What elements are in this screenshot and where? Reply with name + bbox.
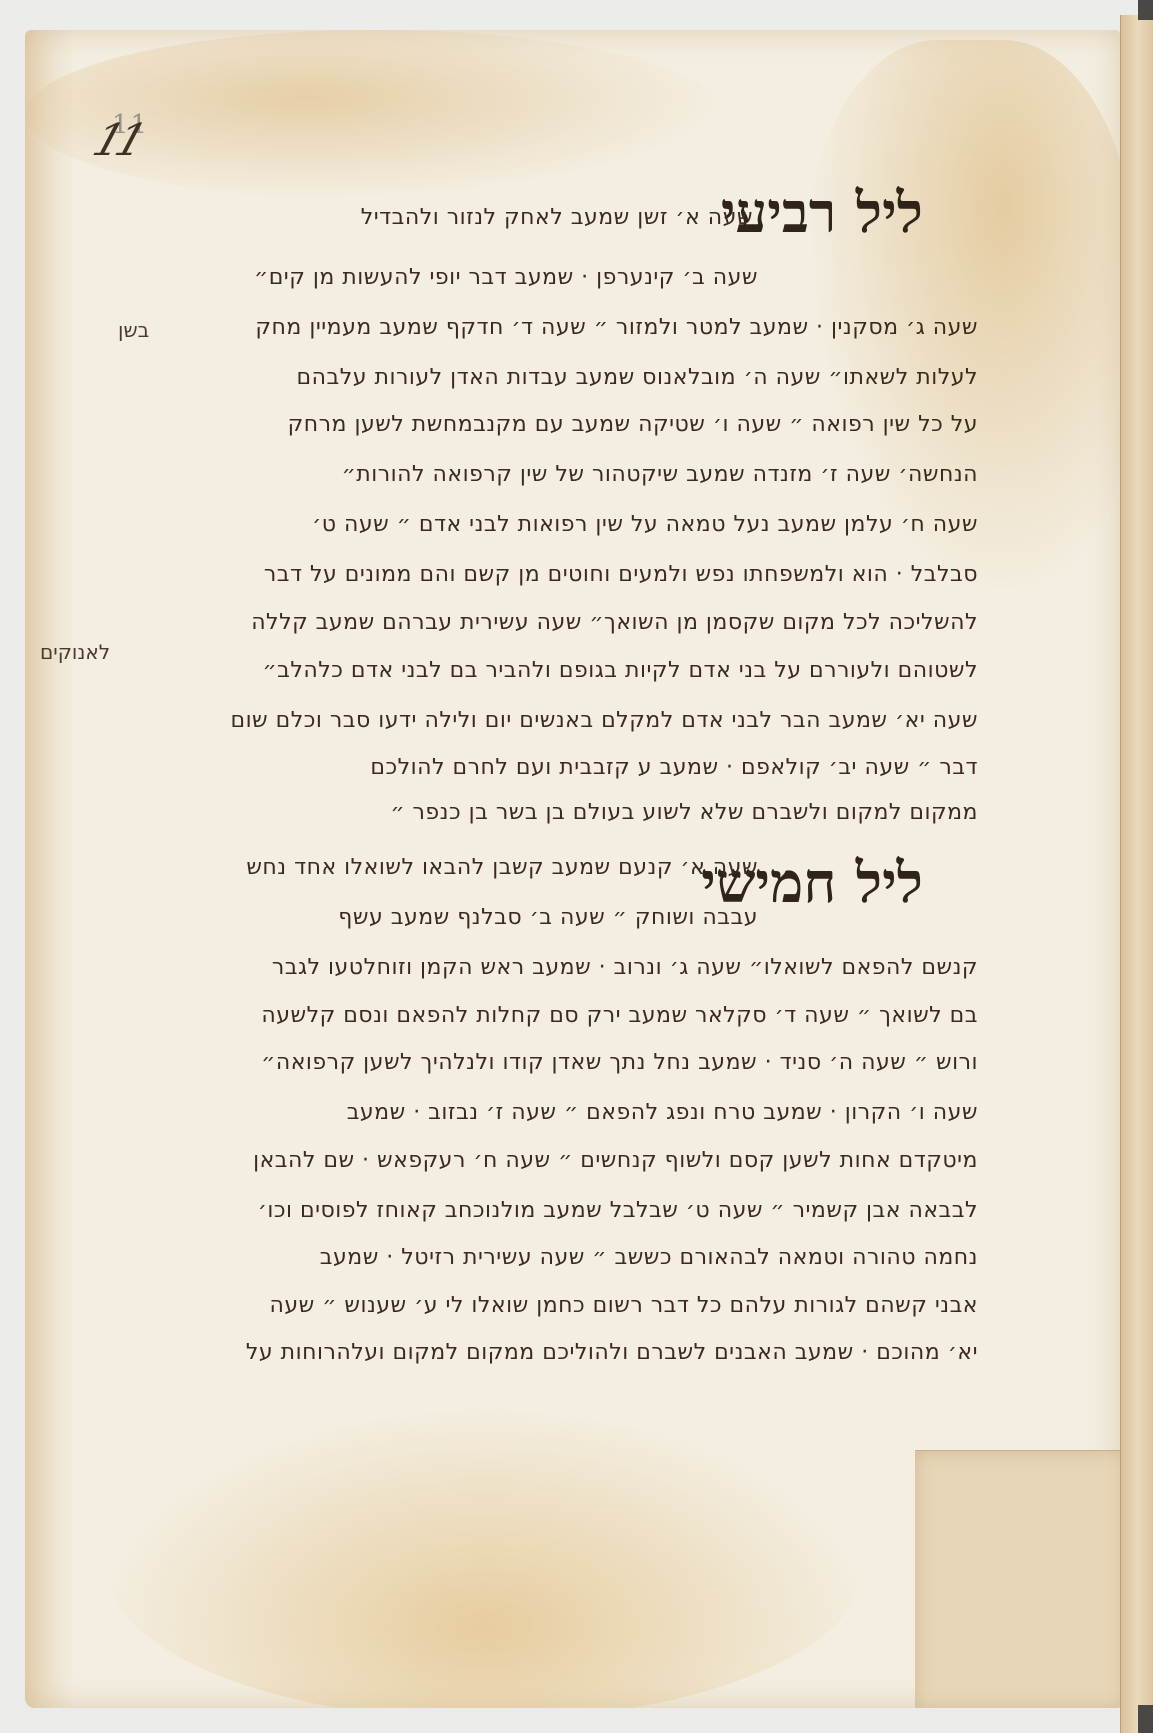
margin-note: בשן [118,318,149,342]
text-line: נחמה טהורה וטמאה לבהאורם כששב ״ שעה עשיר… [320,1245,978,1270]
text-block: ליל רביעי ליל חמישי שעה א׳ זשן שמעב לאחק… [0,0,1153,1733]
text-line: שעה א׳ קנעם שמעב קשבן להבאו לשואלו אחד נ… [246,855,758,880]
text-line: שעה א׳ זשן שמעב לאחק לנזור ולהבדיל [361,205,753,230]
text-line: קנשם להפאם לשואלו״ שעה ג׳ ונרוב · שמעב ר… [272,955,978,980]
text-line: שעה יא׳ שמעב הבר לבני אדם למקלם באנשים י… [230,708,978,733]
text-line: לשטוהם ולעוררם על בני אדם לקיות בגופם ול… [262,658,978,683]
text-line: יא׳ מהוכם · שמעב האבנים לשברם ולהוליכם מ… [246,1340,978,1365]
text-line: שעה ב׳ קינערפן · שמעב דבר יופי להעשות מן… [254,265,758,290]
text-line: עבבה ושוחק ״ שעה ב׳ סבלנף שמעב עשף [338,905,758,930]
text-line: שעה ו׳ הקרון · שמעב טרח ונפג להפאם ״ שעה… [347,1100,978,1125]
text-line: בם לשואך ״ שעה ד׳ סקלאר שמעב ירק סם קחלו… [261,1003,978,1028]
text-line: להשליכה לכל מקום שקסמן מן השואך״ שעה עשי… [251,610,978,635]
text-line: ורוש ״ שעה ה׳ סניד · שמעב נחל נתך שאדן ק… [261,1050,978,1075]
text-line: הנחשה׳ שעה ז׳ מזנדה שמעב שיקטהור של שין … [342,462,978,487]
text-line: ממקום למקום ולשברם שלא לשוע בעולם בן בשר… [390,800,978,825]
text-line: לבבאה אבן קשמיר ״ שעה ט׳ שבלבל שמעב מולנ… [258,1198,978,1223]
text-line: לעלות לשאתו״ שעה ה׳ מובלאנוס שמעב עבדות … [297,365,978,390]
text-line: מיטקדם אחות לשען קסם ולשוף קנחשים ״ שעה … [253,1148,978,1173]
text-line: על כל שין רפואה ״ שעה ו׳ שטיקה שמעב עם מ… [288,412,978,437]
text-line: אבני קשהם לגורות עלהם כל דבר רשום כחמן ש… [269,1293,978,1318]
text-line: שעה ג׳ מסקנין · שמעב למטר ולמזור ״ שעה ד… [255,315,978,340]
text-line: דבר ״ שעה יב׳ קולאפם · שמעב ע קזבבית ועם… [370,755,978,780]
text-line: סבלבל · הוא ולמשפחתו נפש ולמעים וחוטים מ… [264,562,978,587]
text-line: שעה ח׳ עלמן שמעב נעל טמאה על שין רפואות … [312,512,978,537]
margin-note: לאנוקים [40,640,110,664]
